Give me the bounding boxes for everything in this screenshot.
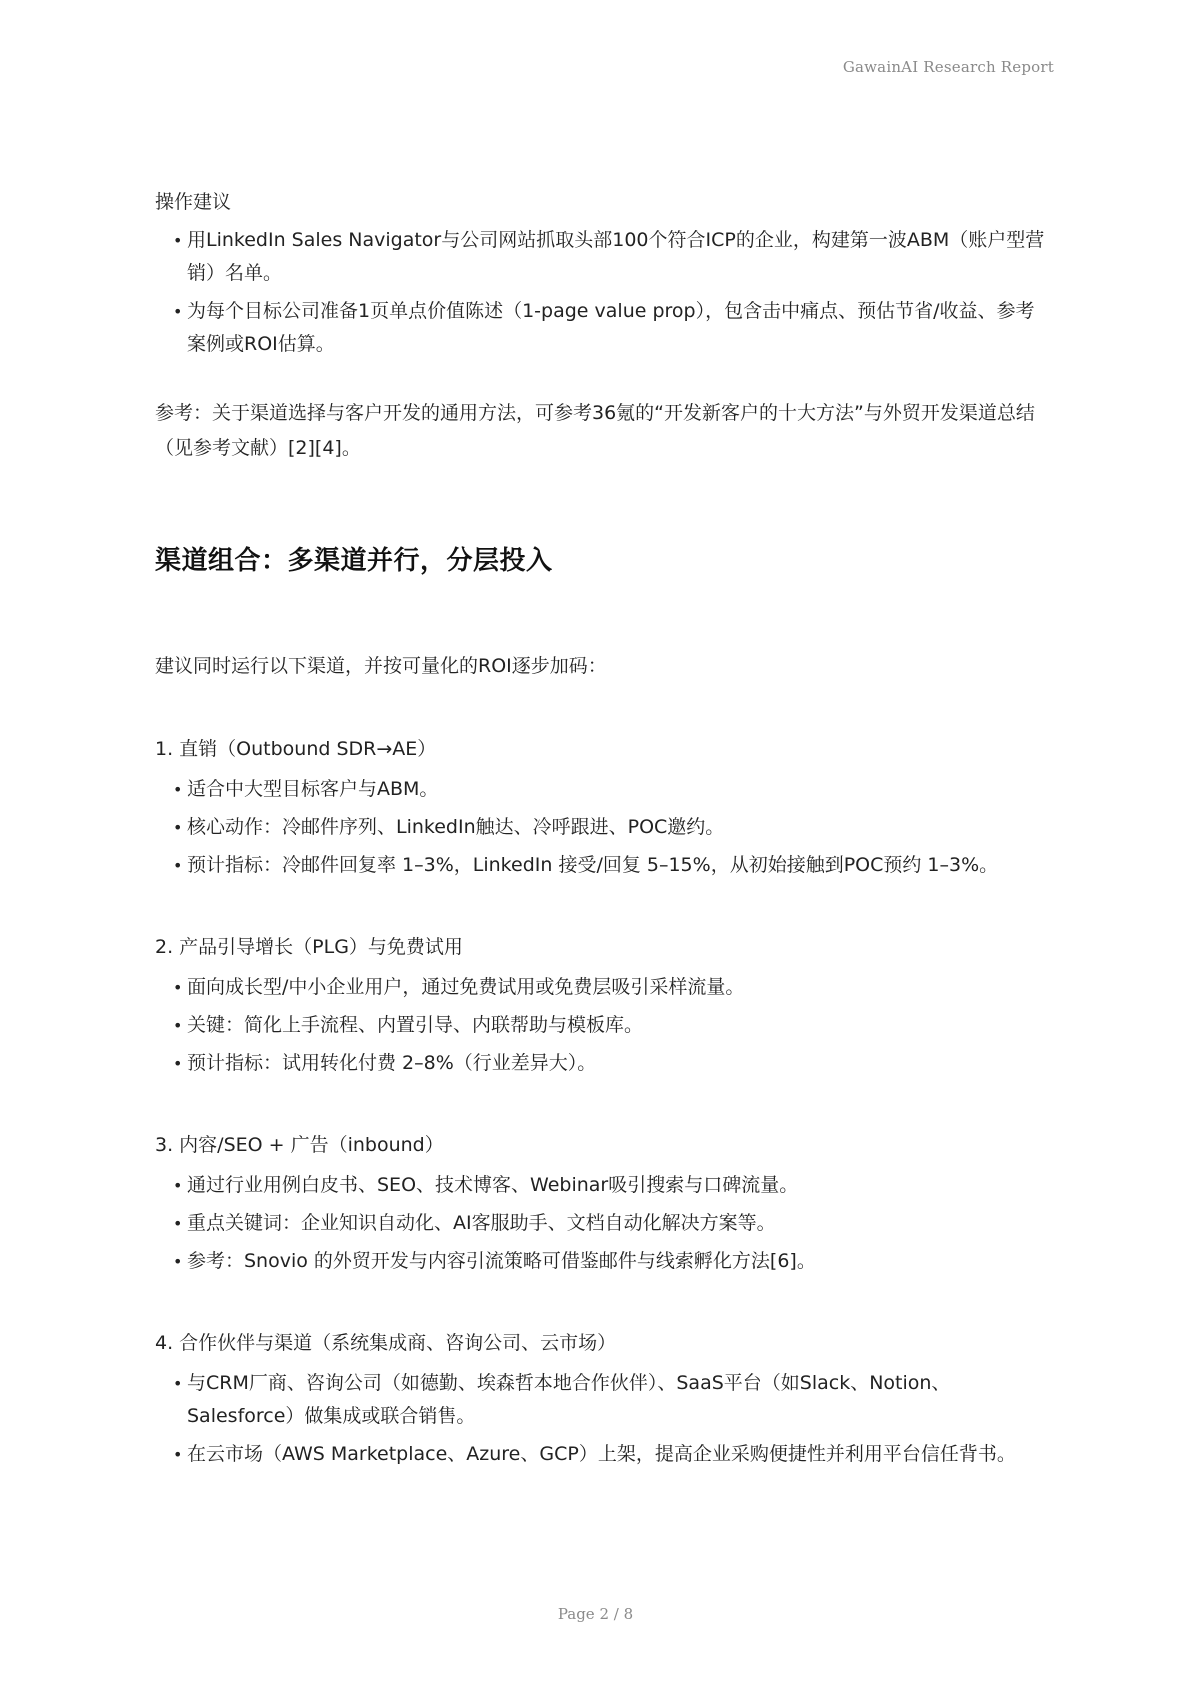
list-item: •适合中大型目标客户与ABM。 [155, 773, 1045, 806]
bullet-icon: • [173, 224, 182, 257]
bullet-icon: • [173, 295, 182, 328]
list-item: •面向成长型/中小企业用户，通过免费试用或免费层吸引采样流量。 [155, 971, 1045, 1004]
channel-plg: 2. 产品引导增长（PLG）与免费试用 •面向成长型/中小企业用户，通过免费试用… [155, 930, 1045, 1080]
list-item: •为每个目标公司准备1页单点价值陈述（1-page value prop），包含… [155, 295, 1045, 361]
channel-title: 3. 内容/SEO + 广告（inbound） [155, 1128, 1045, 1163]
channel-title: 4. 合作伙伴与渠道（系统集成商、咨询公司、云市场） [155, 1326, 1045, 1361]
ops-list: •用LinkedIn Sales Navigator与公司网站抓取头部100个符… [155, 224, 1045, 361]
channel-title: 1. 直销（Outbound SDR→AE） [155, 732, 1045, 767]
bullet-icon: • [173, 1367, 182, 1400]
list-item: •核心动作：冷邮件序列、LinkedIn触达、冷呼跟进、POC邀约。 [155, 811, 1045, 844]
list-item: •通过行业用例白皮书、SEO、技术博客、Webinar吸引搜索与口碑流量。 [155, 1169, 1045, 1202]
list-item: •用LinkedIn Sales Navigator与公司网站抓取头部100个符… [155, 224, 1045, 290]
section-intro: 建议同时运行以下渠道，并按可量化的ROI逐步加码： [155, 649, 1045, 684]
reference-note: 参考：关于渠道选择与客户开发的通用方法，可参考36氪的“开发新客户的十大方法”与… [155, 396, 1045, 466]
bullet-icon: • [173, 971, 182, 1004]
channel-list: •适合中大型目标客户与ABM。 •核心动作：冷邮件序列、LinkedIn触达、冷… [155, 773, 1045, 882]
bullet-icon: • [173, 1245, 182, 1278]
bullet-icon: • [173, 1169, 182, 1202]
bullet-icon: • [173, 849, 182, 882]
list-item: •参考：Snovio 的外贸开发与内容引流策略可借鉴邮件与线索孵化方法[6]。 [155, 1245, 1045, 1278]
page-content: 操作建议 •用LinkedIn Sales Navigator与公司网站抓取头部… [155, 185, 1045, 1476]
channel-content-seo: 3. 内容/SEO + 广告（inbound） •通过行业用例白皮书、SEO、技… [155, 1128, 1045, 1278]
bullet-icon: • [173, 1207, 182, 1240]
bullet-icon: • [173, 811, 182, 844]
channel-list: •通过行业用例白皮书、SEO、技术博客、Webinar吸引搜索与口碑流量。 •重… [155, 1169, 1045, 1278]
list-item: •重点关键词：企业知识自动化、AI客服助手、文档自动化解决方案等。 [155, 1207, 1045, 1240]
channel-title: 2. 产品引导增长（PLG）与免费试用 [155, 930, 1045, 965]
bullet-icon: • [173, 773, 182, 806]
channel-list: •与CRM厂商、咨询公司（如德勤、埃森哲本地合作伙伴）、SaaS平台（如Slac… [155, 1367, 1045, 1471]
channel-list: •面向成长型/中小企业用户，通过免费试用或免费层吸引采样流量。 •关键：简化上手… [155, 971, 1045, 1080]
section-title: 渠道组合：多渠道并行，分层投入 [155, 541, 1045, 581]
bullet-icon: • [173, 1047, 182, 1080]
running-header: GawainAI Research Report [843, 58, 1054, 76]
bullet-icon: • [173, 1009, 182, 1042]
channel-direct-sales: 1. 直销（Outbound SDR→AE） •适合中大型目标客户与ABM。 •… [155, 732, 1045, 882]
channel-partners: 4. 合作伙伴与渠道（系统集成商、咨询公司、云市场） •与CRM厂商、咨询公司（… [155, 1326, 1045, 1471]
list-item: •预计指标：试用转化付费 2–8%（行业差异大）。 [155, 1047, 1045, 1080]
list-item: •在云市场（AWS Marketplace、Azure、GCP）上架，提高企业采… [155, 1438, 1045, 1471]
list-item: •与CRM厂商、咨询公司（如德勤、埃森哲本地合作伙伴）、SaaS平台（如Slac… [155, 1367, 1045, 1433]
list-item: •关键：简化上手流程、内置引导、内联帮助与模板库。 [155, 1009, 1045, 1042]
ops-subheading: 操作建议 [155, 185, 1045, 220]
page-number: Page 2 / 8 [0, 1605, 1191, 1623]
list-item: •预计指标：冷邮件回复率 1–3%，LinkedIn 接受/回复 5–15%，从… [155, 849, 1045, 882]
bullet-icon: • [173, 1438, 182, 1471]
